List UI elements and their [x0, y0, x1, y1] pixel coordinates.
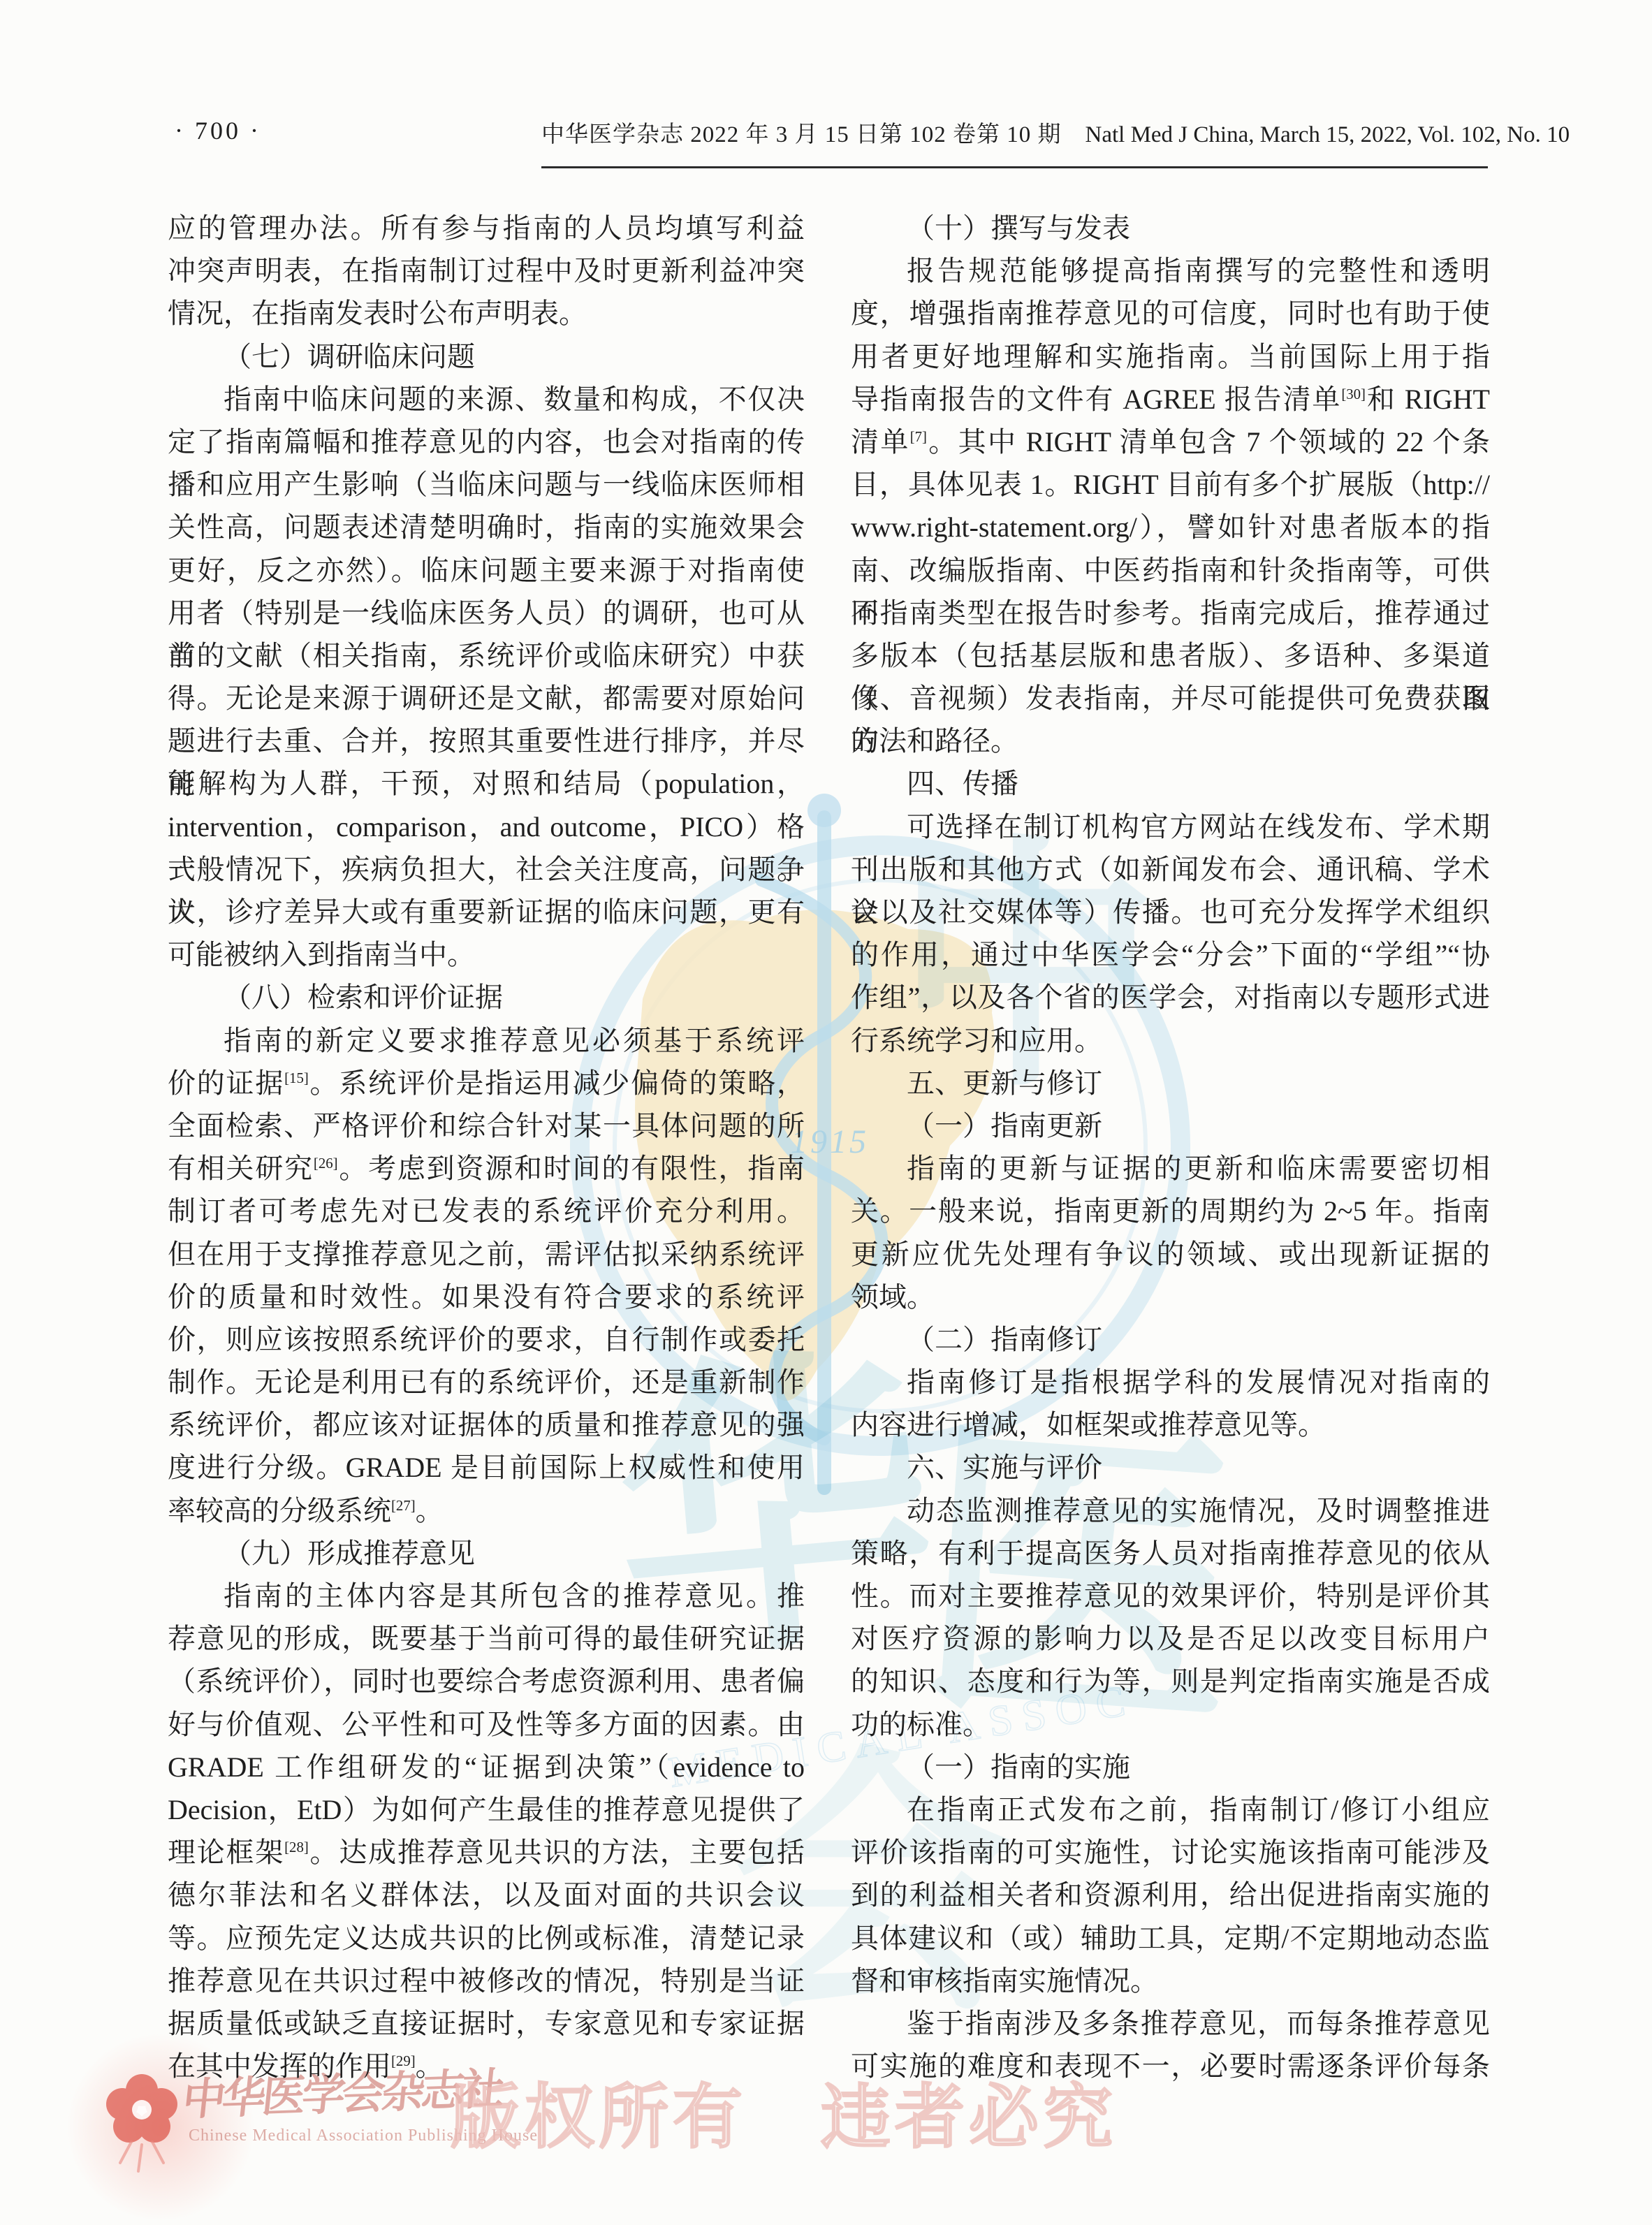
- text-line: 到的利益相关者和资源利用，给出促进指南实施的: [851, 1874, 1490, 1916]
- text-line: 应的管理办法。所有参与指南的人员均填写利益: [168, 207, 805, 249]
- text-line: 同指南类型在报告时参考。指南完成后，推荐通过: [851, 592, 1490, 634]
- text-line: （二）指南修订: [851, 1318, 1490, 1361]
- text-line: 鉴于指南涉及多条推荐意见，而每条推荐意见: [851, 2002, 1490, 2045]
- text-line: 像、音视频）发表指南，并尽可能提供可免费获取的: [851, 677, 1490, 720]
- text-line: 情况，在指南发表时公布声明表。: [168, 292, 805, 335]
- text-line: 能解构为人群，干预，对照和结局（population，: [168, 762, 805, 805]
- text-line: （系统评价），同时也要综合考虑资源利用、患者偏: [168, 1660, 805, 1702]
- text-line: 前的文献（相关指南，系统评价或临床研究）中获: [168, 634, 805, 677]
- text-line: 六、实施与评价: [851, 1446, 1490, 1489]
- text-line: 制订者可考虑先对已发表的系统评价充分利用。: [168, 1190, 805, 1232]
- text-line: 更好，反之亦然）。临床问题主要来源于对指南使: [168, 549, 805, 592]
- text-line: 推荐意见在共识过程中被修改的情况，特别是当证: [168, 1960, 805, 2002]
- text-line: 用者（特别是一线临床医务人员）的调研，也可从当: [168, 592, 805, 634]
- text-line: 的知识、态度和行为等，则是判定指南实施是否成: [851, 1660, 1490, 1702]
- text-line: 制作。无论是利用已有的系统评价，还是重新制作: [168, 1361, 805, 1403]
- text-line: 策略，有利于提高医务人员对指南推荐意见的依从: [851, 1532, 1490, 1575]
- journal-header: 中华医学杂志 2022 年 3 月 15 日第 102 卷第 10 期Natl …: [541, 116, 1491, 149]
- text-line: 议以及社交媒体等）传播。也可充分发挥学术组织: [851, 891, 1490, 933]
- text-line: 荐意见的形成，既要基于当前可得的最佳研究证据: [168, 1617, 805, 1660]
- journal-header-zh: 中华医学杂志 2022 年 3 月 15 日第 102 卷第 10 期: [541, 122, 1062, 147]
- text-line: 大，诊疗差异大或有重要新证据的临床问题，更有: [168, 891, 805, 933]
- text-line: 可实施的难度和表现不一，必要时需逐条评价每条: [851, 2045, 1490, 2087]
- text-line: 对医疗资源的影响力以及是否足以改变目标用户: [851, 1617, 1490, 1660]
- left-column: 应的管理办法。所有参与指南的人员均填写利益冲突声明表，在指南制订过程中及时更新利…: [168, 207, 805, 2087]
- text-line: 的作用，通过中华医学会“分会”下面的“学组”“协: [851, 933, 1490, 976]
- text-line: （七）调研临床问题: [168, 335, 805, 378]
- text-line: 用者更好地理解和实施指南。当前国际上用于指: [851, 335, 1490, 378]
- text-line: 领域。: [851, 1276, 1490, 1318]
- text-line: 在指南正式发布之前，指南制订/修订小组应: [851, 1788, 1490, 1831]
- text-line: 作组”，以及各个省的医学会，对指南以专题形式进: [851, 976, 1490, 1019]
- text-line: 五、更新与修订: [851, 1062, 1490, 1104]
- text-line: 率较高的分级系统[27]。: [168, 1489, 805, 1532]
- text-line: 系统评价，都应该对证据体的质量和推荐意见的强: [168, 1403, 805, 1446]
- text-line: 指南修订是指根据学科的发展情况对指南的: [851, 1361, 1490, 1403]
- text-line: 更新应优先处理有争议的领域、或出现新证据的: [851, 1233, 1490, 1276]
- text-line: 关。一般来说，指南更新的周期约为 2~5 年。指南: [851, 1190, 1490, 1232]
- text-line: 播和应用产生影响（当临床问题与一线临床医师相: [168, 463, 805, 506]
- text-line: 方法和路径。: [851, 720, 1490, 762]
- text-line: 行系统学习和应用。: [851, 1019, 1490, 1062]
- text-line: 但在用于支撑推荐意见之前，需评估拟采纳系统评: [168, 1233, 805, 1276]
- text-line: 清单[7]。其中 RIGHT 清单包含 7 个领域的 22 个条: [851, 421, 1490, 463]
- page-number: · 700 ·: [175, 116, 261, 145]
- text-line: 可选择在制订机构官方网站在线发布、学术期: [851, 805, 1490, 848]
- text-line: 具体建议和（或）辅助工具，定期/不定期地动态监: [851, 1917, 1490, 1960]
- text-line: 理论框架[28]。达成推荐意见共识的方法，主要包括: [168, 1831, 805, 1874]
- header-divider: [541, 166, 1488, 168]
- text-line: 南、改编版指南、中医药指南和针灸指南等，可供不: [851, 549, 1490, 592]
- text-line: 导指南报告的文件有 AGREE 报告清单[30]和 RIGHT: [851, 378, 1490, 421]
- text-line: 据质量低或缺乏直接证据时，专家意见和专家证据: [168, 2002, 805, 2045]
- text-line: intervention，comparison，and outcome，PICO…: [168, 805, 805, 848]
- journal-page: 中 华 医 会 1915 MEDICAL ASSOC · 700 · 中华医学杂…: [0, 0, 1652, 2225]
- text-line: 多版本（包括基层版和患者版）、多语种、多渠道（图: [851, 634, 1490, 677]
- text-line: （八）检索和评价证据: [168, 976, 805, 1019]
- text-line: 定了指南篇幅和推荐意见的内容，也会对指南的传: [168, 421, 805, 463]
- text-line: （九）形成推荐意见: [168, 1532, 805, 1575]
- text-line: 指南的更新与证据的更新和临床需要密切相: [851, 1147, 1490, 1190]
- text-line: （十）撰写与发表: [851, 207, 1490, 249]
- text-line: 评价该指南的可实施性，讨论实施该指南可能涉及: [851, 1831, 1490, 1874]
- text-line: （一）指南更新: [851, 1104, 1490, 1147]
- text-line: 功的标准。: [851, 1703, 1490, 1746]
- text-line: 指南的主体内容是其所包含的推荐意见。推: [168, 1575, 805, 1617]
- text-line: 四、传播: [851, 762, 1490, 805]
- text-line: 冲突声明表，在指南制订过程中及时更新利益冲突: [168, 249, 805, 292]
- text-line: （一）指南的实施: [851, 1746, 1490, 1788]
- text-line: 性。而对主要推荐意见的效果评价，特别是评价其: [851, 1575, 1490, 1617]
- text-line: 指南的新定义要求推荐意见必须基于系统评: [168, 1019, 805, 1062]
- text-line: 得。无论是来源于调研还是文献，都需要对原始问: [168, 677, 805, 720]
- text-line: www.right-statement.org/），譬如针对患者版本的指: [851, 506, 1490, 548]
- text-line: 可能被纳入到指南当中。: [168, 933, 805, 976]
- staff-knob: [807, 794, 841, 827]
- text-line: Decision，EtD）为如何产生最佳的推荐意见提供了: [168, 1788, 805, 1831]
- text-line: 价，则应该按照系统评价的要求，自行制作或委托: [168, 1318, 805, 1361]
- text-line: 关性高，问题表述清楚明确时，指南的实施效果会: [168, 506, 805, 548]
- text-line: 度，增强指南推荐意见的可信度，同时也有助于使: [851, 292, 1490, 335]
- text-line: 报告规范能够提高指南撰写的完整性和透明: [851, 249, 1490, 292]
- text-line: GRADE 工作组研发的“证据到决策”（evidence to: [168, 1746, 805, 1788]
- text-line: 度进行分级。GRADE 是目前国际上权威性和使用: [168, 1446, 805, 1489]
- text-line: 全面检索、严格评价和综合针对某一具体问题的所: [168, 1104, 805, 1147]
- text-line: 有相关研究[26]。考虑到资源和时间的有限性，指南: [168, 1147, 805, 1190]
- text-line: 一般情况下，疾病负担大，社会关注度高，问题争议: [168, 848, 805, 891]
- text-line: 内容进行增减，如框架或推荐意见等。: [851, 1403, 1490, 1446]
- text-line: 在其中发挥的作用[29]。: [168, 2045, 805, 2087]
- text-line: 好与价值观、公平性和可及性等多方面的因素。由: [168, 1703, 805, 1746]
- text-line: 等。应预先定义达成共识的比例或标准，清楚记录: [168, 1917, 805, 1960]
- text-line: 目，具体见表 1。RIGHT 目前有多个扩展版（http://: [851, 463, 1490, 506]
- text-line: 指南中临床问题的来源、数量和构成，不仅决: [168, 378, 805, 421]
- text-line: 价的质量和时效性。如果没有符合要求的系统评: [168, 1276, 805, 1318]
- text-line: 督和审核指南实施情况。: [851, 1960, 1490, 2002]
- right-column: （十）撰写与发表报告规范能够提高指南撰写的完整性和透明度，增强指南推荐意见的可信…: [851, 207, 1490, 2087]
- text-line: 题进行去重、合并，按照其重要性进行排序，并尽可: [168, 720, 805, 762]
- text-line: 价的证据[15]。系统评价是指运用减少偏倚的策略，: [168, 1062, 805, 1104]
- text-line: 动态监测推荐意见的实施情况，及时调整推进: [851, 1489, 1490, 1532]
- text-line: 德尔菲法和名义群体法，以及面对面的共识会议: [168, 1874, 805, 1916]
- text-line: 刊出版和其他方式（如新闻发布会、通讯稿、学术会: [851, 848, 1490, 891]
- journal-header-en: Natl Med J China, March 15, 2022, Vol. 1…: [1086, 122, 1570, 147]
